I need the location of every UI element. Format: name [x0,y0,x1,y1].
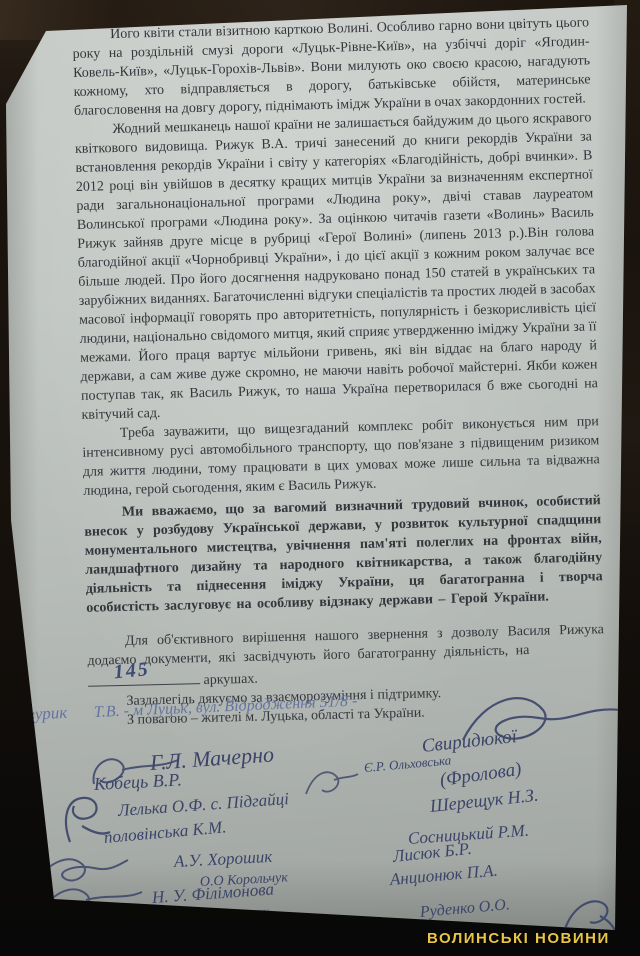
signature: Т.В мельник [204,904,270,922]
paragraph-flowers: Його квіти стали візитною карткою Волині… [72,13,591,121]
signature-scribble [300,764,360,804]
signature: половінська К.М. [103,817,227,848]
paragraph-records: Жодний мешканець нашої країни не залишає… [74,108,598,425]
sheets-word: аркушах. [203,672,258,688]
signature-scribble [52,792,112,847]
signature: Руденко О.О. [419,896,510,922]
printed-text: Його квіти стали візитною карткою Волині… [72,13,606,730]
paper-sheet: Його квіти стали візитною карткою Волині… [0,0,640,956]
handwritten-sheet-count: 145 [113,660,151,682]
margin-signature-mazuryk: Мазурик [5,703,67,726]
signature: А.У. Хорошик [173,847,272,872]
signature-scribble [36,880,146,925]
paragraph-petition-bold: Ми вважаємо, що за вагомий визначний тру… [84,491,604,618]
paragraph-risk: Треба зауважити, що вищезгаданий комплек… [82,412,601,501]
blank-underline: 145 [88,668,200,687]
news-agency-watermark: ВОЛИНСЬКІ НОВИНИ [427,930,610,947]
photo-of-document: Його квіти стали візитною карткою Волині… [0,0,640,956]
